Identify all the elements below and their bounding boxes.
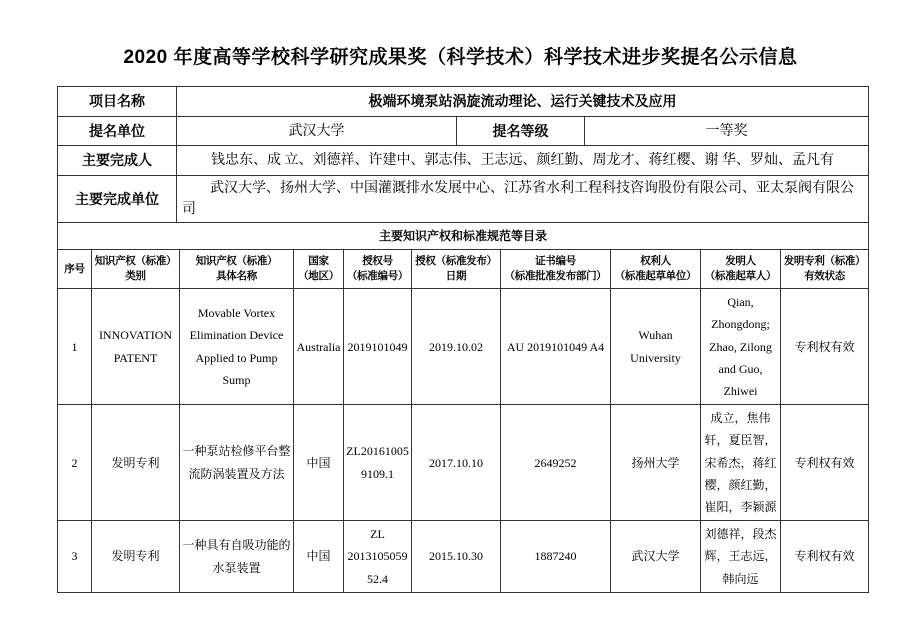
catalog-header-row: 序号 知识产权（标准） 类别 知识产权（标准） 具体名称 国家 （地区） 授权号… <box>58 250 869 289</box>
cell-name: Movable Vortex Elimination Device Applie… <box>180 289 294 405</box>
ip-catalog-table: 主要知识产权和标准规范等目录 序号 知识产权（标准） 类别 知识产权（标准） 具… <box>57 222 869 593</box>
project-name-row: 项目名称 极端环境泵站涡旋流动理论、运行关键技术及应用 <box>58 87 869 117</box>
cell-category: INNOVATION PATENT <box>92 289 180 405</box>
grade-label: 提名等级 <box>457 117 585 146</box>
col-header-serial: 序号 <box>58 250 92 289</box>
cell-certificate: 2649252 <box>501 405 611 521</box>
project-info-table: 项目名称 极端环境泵站涡旋流动理论、运行关键技术及应用 提名单位 武汉大学 提名… <box>57 86 869 223</box>
nominator-value: 武汉大学 <box>177 117 457 146</box>
catalog-section-title: 主要知识产权和标准规范等目录 <box>58 223 869 250</box>
cell-grant-number: ZL201610059109.1 <box>344 405 412 521</box>
cell-category: 发明专利 <box>92 521 180 593</box>
cell-grant-date: 2019.10.02 <box>412 289 501 405</box>
cell-category: 发明专利 <box>92 405 180 521</box>
col-header-rightsholder: 权利人 （标准起草单位） <box>611 250 701 289</box>
patent-row: 2 发明专利 一种泵站检修平台整流防涡装置及方法 中国 ZL2016100591… <box>58 405 869 521</box>
project-name-value: 极端环境泵站涡旋流动理论、运行关键技术及应用 <box>177 87 869 117</box>
cell-certificate: AU 2019101049 A4 <box>501 289 611 405</box>
completers-value: 钱忠东、成 立、刘德祥、许建中、郭志伟、王志远、颜红勤、周龙才、蒋红樱、谢 华、… <box>177 146 869 176</box>
col-header-grant-number: 授权号 （标准编号） <box>344 250 412 289</box>
units-label: 主要完成单位 <box>58 176 177 223</box>
cell-name: 一种具有自吸功能的水泵装置 <box>180 521 294 593</box>
cell-inventor: 刘德祥，段杰辉，王志远，韩向远 <box>701 521 781 593</box>
col-header-country: 国家 （地区） <box>294 250 344 289</box>
completers-row: 主要完成人 钱忠东、成 立、刘德祥、许建中、郭志伟、王志远、颜红勤、周龙才、蒋红… <box>58 146 869 176</box>
cell-status: 专利权有效 <box>781 405 869 521</box>
units-value: 武汉大学、扬州大学、中国灌溉排水发展中心、江苏省水利工程科技咨询股份有限公司、亚… <box>177 176 869 223</box>
col-header-inventor: 发明人 （标准起草人） <box>701 250 781 289</box>
project-name-label: 项目名称 <box>58 87 177 117</box>
col-header-status: 发明专利（标准） 有效状态 <box>781 250 869 289</box>
col-header-grant-date: 授权（标准发布） 日期 <box>412 250 501 289</box>
cell-rightsholder: 扬州大学 <box>611 405 701 521</box>
cell-rightsholder: Wuhan University <box>611 289 701 405</box>
units-row: 主要完成单位 武汉大学、扬州大学、中国灌溉排水发展中心、江苏省水利工程科技咨询股… <box>58 176 869 223</box>
cell-name: 一种泵站检修平台整流防涡装置及方法 <box>180 405 294 521</box>
cell-grant-date: 2015.10.30 <box>412 521 501 593</box>
cell-serial: 2 <box>58 405 92 521</box>
patent-row: 1 INNOVATION PATENT Movable Vortex Elimi… <box>58 289 869 405</box>
cell-serial: 1 <box>58 289 92 405</box>
cell-grant-date: 2017.10.10 <box>412 405 501 521</box>
cell-inventor: 成立，焦伟轩，夏臣智，宋希杰，蒋红樱，颜红勤，崔阳，李颖源 <box>701 405 781 521</box>
patent-row: 3 发明专利 一种具有自吸功能的水泵装置 中国 ZL 201310505952.… <box>58 521 869 593</box>
catalog-section-row: 主要知识产权和标准规范等目录 <box>58 223 869 250</box>
col-header-certificate: 证书编号 （标准批准发布部门） <box>501 250 611 289</box>
cell-status: 专利权有效 <box>781 521 869 593</box>
cell-country: 中国 <box>294 521 344 593</box>
cell-grant-number: 2019101049 <box>344 289 412 405</box>
nominator-row: 提名单位 武汉大学 提名等级 一等奖 <box>58 117 869 146</box>
page-title: 2020 年度高等学校科学研究成果奖（科学技术）科学技术进步奖提名公示信息 <box>0 42 921 69</box>
cell-certificate: 1887240 <box>501 521 611 593</box>
cell-status: 专利权有效 <box>781 289 869 405</box>
grade-value: 一等奖 <box>585 117 869 146</box>
col-header-name: 知识产权（标准） 具体名称 <box>180 250 294 289</box>
cell-inventor: Qian, Zhongdong; Zhao, Zilong and Guo, Z… <box>701 289 781 405</box>
cell-country: 中国 <box>294 405 344 521</box>
nominator-label: 提名单位 <box>58 117 177 146</box>
cell-country: Australia <box>294 289 344 405</box>
cell-grant-number: ZL 201310505952.4 <box>344 521 412 593</box>
cell-serial: 3 <box>58 521 92 593</box>
completers-label: 主要完成人 <box>58 146 177 176</box>
document-page: 2020 年度高等学校科学研究成果奖（科学技术）科学技术进步奖提名公示信息 项目… <box>0 0 921 641</box>
cell-rightsholder: 武汉大学 <box>611 521 701 593</box>
col-header-category: 知识产权（标准） 类别 <box>92 250 180 289</box>
